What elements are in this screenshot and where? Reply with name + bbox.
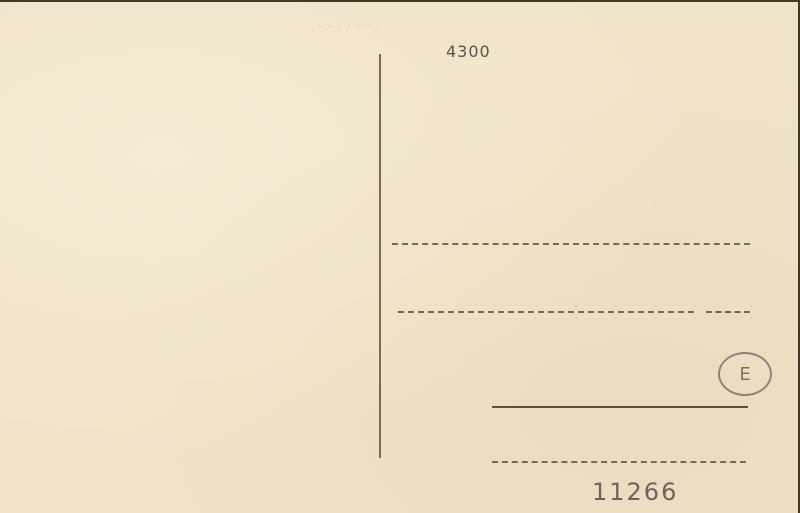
faint-printed-header: · · · · · · · [318, 20, 381, 34]
address-line-2 [398, 311, 694, 313]
vertical-divider-line [379, 54, 381, 458]
circled-letter: E [739, 364, 750, 385]
circled-mark: E [718, 352, 772, 396]
address-line-2-end [706, 311, 750, 313]
postcard-back: · · · · · · · 4300 E 11266 [0, 2, 798, 513]
address-line-3 [492, 406, 748, 408]
address-line-1 [392, 243, 750, 245]
address-line-4 [492, 461, 746, 463]
pencil-note-bottom: 11266 [592, 478, 678, 506]
pencil-note-top: 4300 [446, 42, 491, 61]
